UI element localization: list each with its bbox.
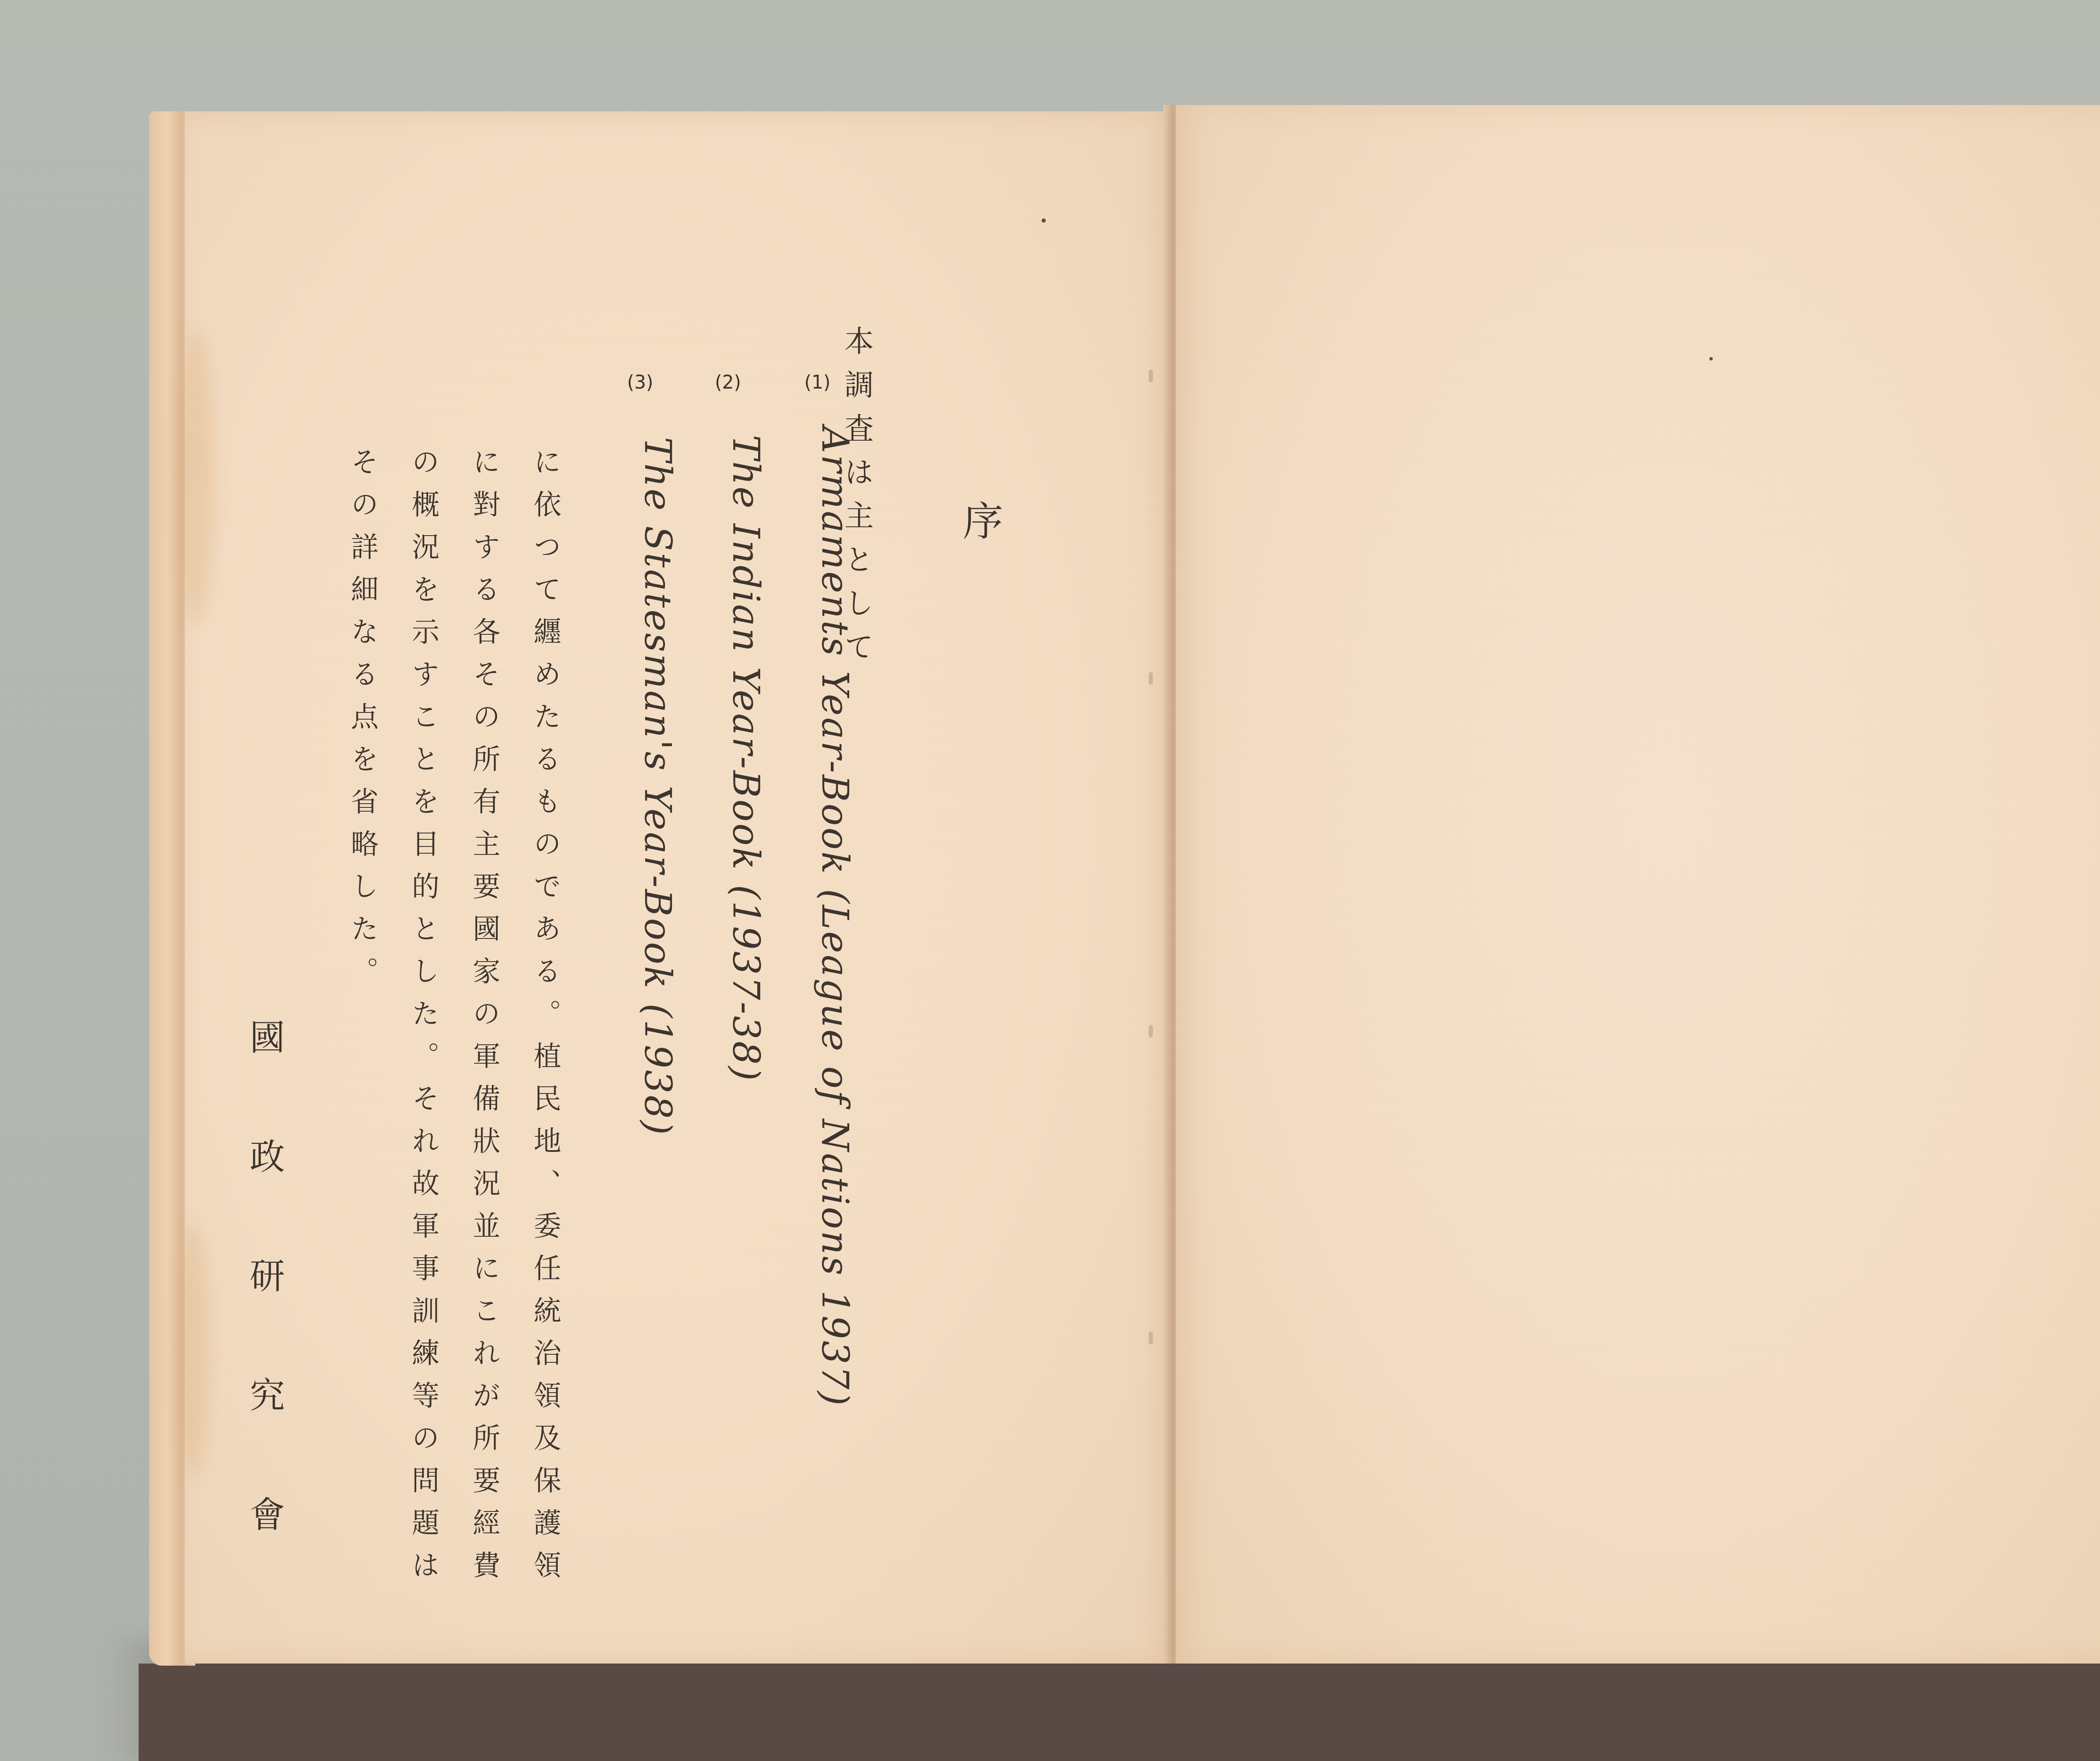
paper-stain — [176, 1225, 210, 1477]
body-column-3: の概況を示すことを目的とした。それ故軍事訓練等の問題は — [403, 447, 443, 1593]
reference-marker-3: (3) — [627, 372, 653, 393]
reference-marker-1: (1) — [804, 372, 830, 393]
binding-hole — [1149, 1332, 1153, 1344]
reference-2: The Indian Year-Book (1937-38) — [724, 435, 768, 1083]
reference-marker-2: (2) — [715, 372, 741, 393]
right-page — [1176, 105, 2100, 1664]
body-column-2: に對する各その所有主要國家の軍備狀況並にこれが所要經費 — [464, 447, 504, 1593]
ink-speck — [1042, 218, 1046, 223]
reference-1: Armaments Year-Book (League of Nations 1… — [814, 426, 857, 1407]
signature: 國政研究會 — [239, 1019, 290, 1615]
page-title: 序 — [951, 500, 1009, 540]
left-page: 序 本調査は主として (1) (2) (3) Armaments Year-Bo… — [185, 111, 1172, 1664]
body-column-4: その詳細なる点を省略した。 — [342, 447, 382, 999]
binding-hole — [1149, 1025, 1153, 1038]
binding-hole — [1149, 672, 1153, 685]
reference-3: The Statesman's Year-Book (1938) — [636, 437, 680, 1136]
binding-hole — [1149, 370, 1153, 382]
paper-stain — [176, 330, 214, 624]
body-column-1: に依つて纒めたるものである。植民地、委任統治領及保護領 — [525, 447, 565, 1593]
ink-speck — [1709, 357, 1713, 360]
bottom-cover-band — [139, 1664, 2100, 1761]
scan-scene: 序 本調査は主として (1) (2) (3) Armaments Year-Bo… — [0, 0, 2100, 1761]
